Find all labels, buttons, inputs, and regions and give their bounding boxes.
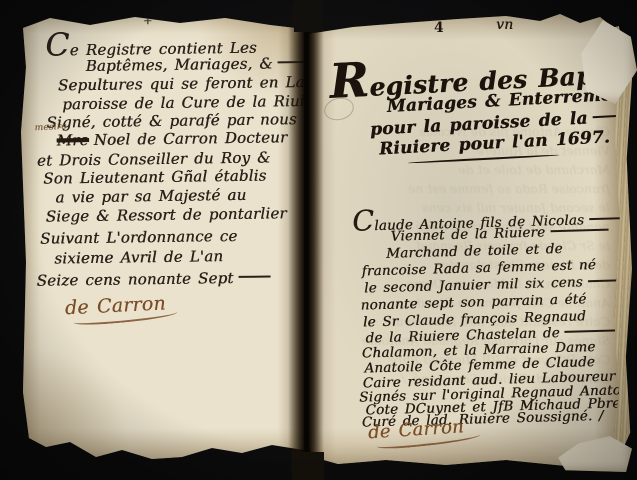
right-page: Claude Antoine fils de Nicolas Viennet d… (308, 14, 620, 466)
left-page-line: Suivant L'ordonnance ce (40, 227, 238, 248)
left-page-line: Sepultures qui se feront en La (58, 73, 305, 94)
left-page-line: MreNoel de Carron Docteur (57, 128, 288, 149)
right-page-signature: de Carron (367, 415, 480, 449)
binding-bottom (292, 452, 324, 480)
manuscript-photo: + Ce Registre contient Les Baptêmes, Mar… (0, 0, 637, 480)
left-page-line: Seize cens nonante Sept (36, 268, 270, 289)
left-page-text: + Ce Registre contient Les Baptêmes, Mar… (17, 10, 307, 462)
page-number: 4 (434, 20, 444, 36)
left-page-line: Son Lieutenant Gñal établis (43, 167, 267, 188)
struck-word: Mre (57, 131, 89, 149)
left-page-line: Siege & Ressort de pontarlier (46, 204, 287, 225)
left-page: + Ce Registre contient Les Baptêmes, Mar… (20, 12, 304, 460)
gutter-shadow (288, 6, 324, 474)
binding-top (294, 0, 322, 32)
folio-note: vn (496, 17, 513, 33)
left-page-line-text: Noel de Carron Docteur (94, 128, 288, 149)
left-page-line: sixieme Avril de L'an (54, 247, 223, 267)
left-page-signature: de Carron (64, 292, 177, 325)
left-page-line: Baptêmes, Mariages, & (85, 54, 310, 75)
left-page-line: a vie par sa Majesté au (55, 186, 246, 207)
